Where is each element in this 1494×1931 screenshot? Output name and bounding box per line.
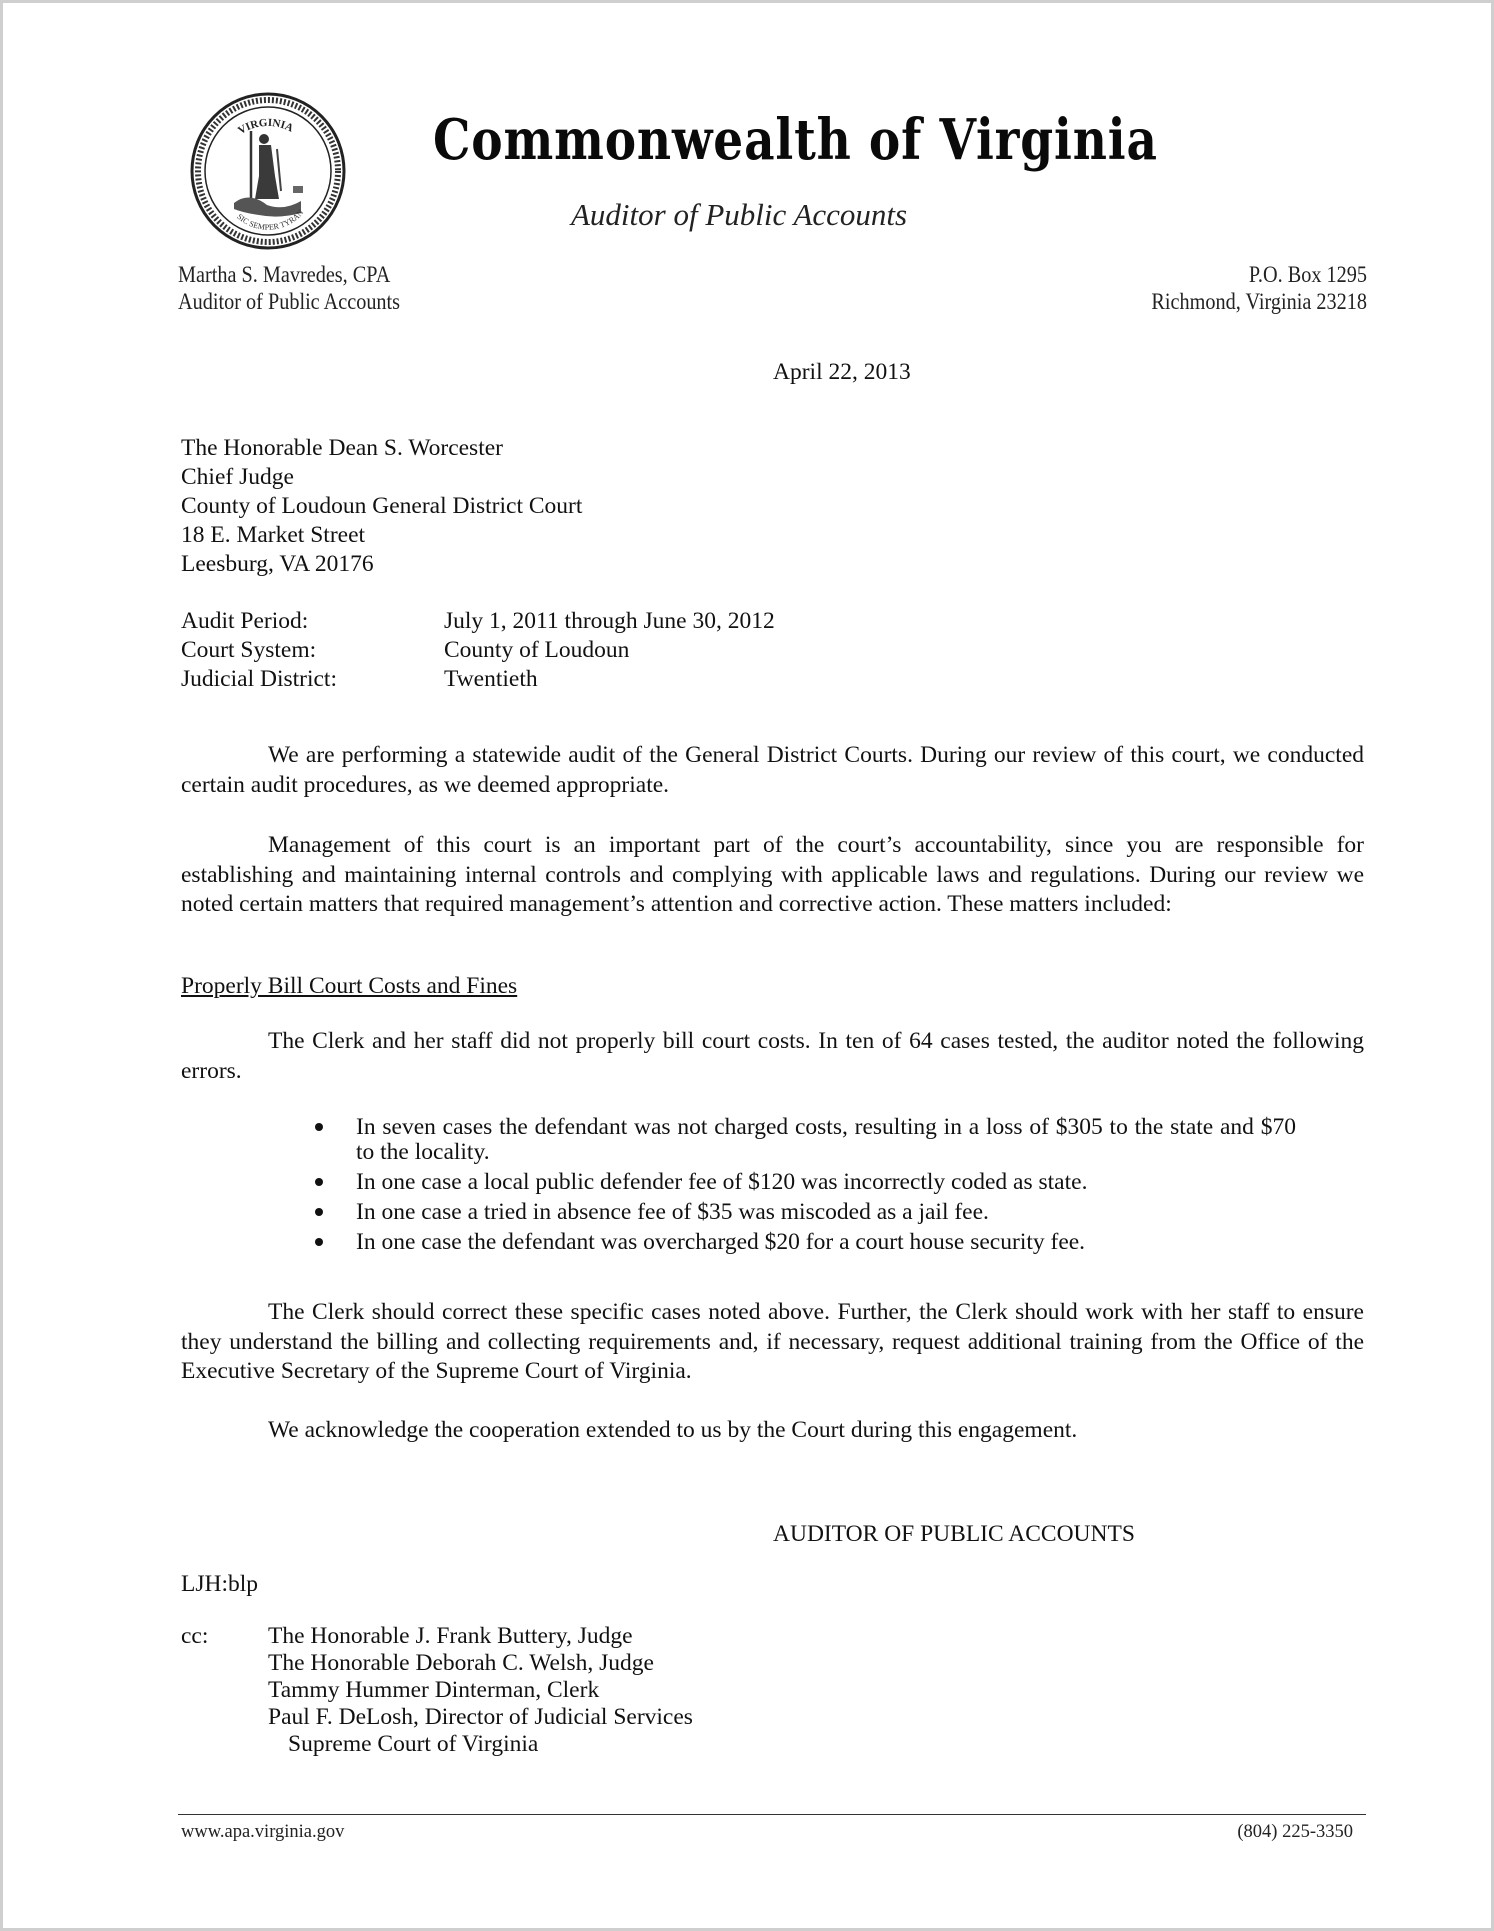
paragraph-management: Management of this court is an important…: [181, 831, 1364, 920]
error-list: In seven cases the defendant was not cha…: [311, 1115, 1311, 1260]
judicial-district-label: Judicial District:: [181, 665, 444, 694]
audit-period-value: July 1, 2011 through June 30, 2012: [444, 607, 775, 636]
letterhead-auditor-name: Martha S. Mavredes, CPA Auditor of Publi…: [178, 261, 400, 315]
letter-date: April 22, 2013: [773, 358, 911, 387]
cc-recipient: Tammy Hummer Dinterman, Clerk: [268, 1677, 693, 1704]
audit-info-row: Audit Period: July 1, 2011 through June …: [181, 607, 775, 636]
paragraph-recommendation: The Clerk should correct these specific …: [181, 1298, 1364, 1387]
list-item: In one case a tried in absence fee of $3…: [311, 1200, 1311, 1225]
addressee-line: The Honorable Dean S. Worcester: [181, 434, 582, 463]
cc-label: cc:: [181, 1623, 268, 1758]
footer-website: www.apa.virginia.gov: [181, 1822, 344, 1843]
bullet-icon: [311, 1200, 356, 1225]
letterhead-title: Commonwealth of Virginia: [433, 107, 1158, 173]
cc-recipient: Paul F. DeLosh, Director of Judicial Ser…: [268, 1704, 693, 1731]
cc-block: cc: The Honorable J. Frank Buttery, Judg…: [181, 1623, 693, 1758]
addressee-block: The Honorable Dean S. Worcester Chief Ju…: [181, 434, 582, 579]
addressee-line: Chief Judge: [181, 463, 582, 492]
audit-info-block: Audit Period: July 1, 2011 through June …: [181, 607, 775, 694]
cc-recipient: The Honorable Deborah C. Welsh, Judge: [268, 1650, 693, 1677]
addressee-line: Leesburg, VA 20176: [181, 550, 582, 579]
virginia-seal-icon: VIRGINIA SIC SEMPER TYRANNIS: [189, 91, 347, 251]
letter-page: VIRGINIA SIC SEMPER TYRANNIS Commonwealt…: [0, 0, 1494, 1931]
letterhead-subtitle: Auditor of Public Accounts: [571, 197, 907, 233]
list-item: In seven cases the defendant was not cha…: [311, 1115, 1311, 1165]
cc-recipient: The Honorable J. Frank Buttery, Judge: [268, 1623, 693, 1650]
court-system-label: Court System:: [181, 636, 444, 665]
bullet-icon: [311, 1230, 356, 1255]
audit-info-row: Court System: County of Loudoun: [181, 636, 775, 665]
footer-phone: (804) 225-3350: [1237, 1822, 1353, 1843]
footer-divider: [178, 1814, 1366, 1815]
typist-initials: LJH:blp: [181, 1570, 258, 1599]
letterhead-address: P.O. Box 1295 Richmond, Virginia 23218: [1151, 261, 1367, 315]
bullet-icon: [311, 1115, 356, 1165]
audit-period-label: Audit Period:: [181, 607, 444, 636]
paragraph-finding: The Clerk and her staff did not properly…: [181, 1027, 1364, 1086]
finding-heading: Properly Bill Court Costs and Fines: [181, 972, 517, 1001]
addressee-line: 18 E. Market Street: [181, 521, 582, 550]
signature-block: AUDITOR OF PUBLIC ACCOUNTS: [773, 1520, 1135, 1549]
court-system-value: County of Loudoun: [444, 636, 629, 665]
list-item: In one case the defendant was overcharge…: [311, 1230, 1311, 1255]
bullet-icon: [311, 1170, 356, 1195]
audit-info-row: Judicial District: Twentieth: [181, 665, 775, 694]
judicial-district-value: Twentieth: [444, 665, 538, 694]
paragraph-intro: We are performing a statewide audit of t…: [181, 741, 1364, 800]
cc-recipient-sub: Supreme Court of Virginia: [268, 1731, 693, 1758]
addressee-line: County of Loudoun General District Court: [181, 492, 582, 521]
list-item: In one case a local public defender fee …: [311, 1170, 1311, 1195]
paragraph-acknowledgement: We acknowledge the cooperation extended …: [181, 1416, 1364, 1446]
